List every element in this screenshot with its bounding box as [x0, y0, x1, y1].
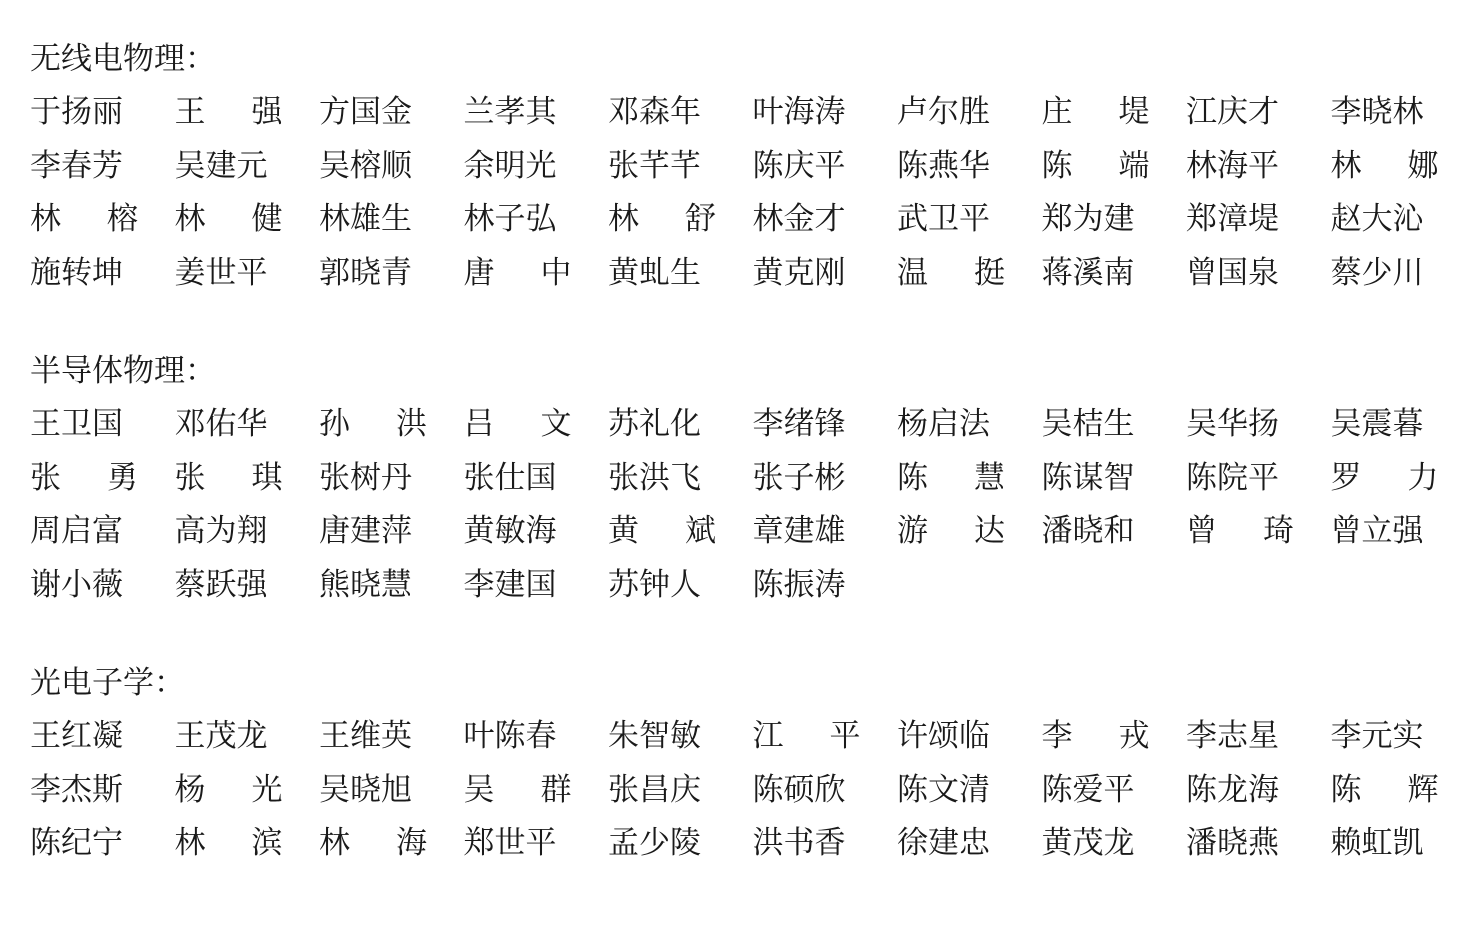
name-entry: 黄克刚 [753, 247, 861, 301]
name-entry: 吴建元 [175, 140, 283, 194]
name-entry: 张仕国 [464, 452, 572, 506]
name-entry: 孙洪 [319, 398, 427, 452]
name-entry: 李春芳 [30, 140, 138, 194]
name-entry: 王红凝 [30, 710, 138, 764]
name-entry: 王茂龙 [175, 710, 283, 764]
name-entry: 赵大沁 [1331, 193, 1439, 247]
name-entry: 谢小薇 [30, 559, 138, 613]
name-entry: 李绪锋 [753, 398, 861, 452]
name-entry: 王维英 [319, 710, 427, 764]
name-entry: 吴华扬 [1186, 398, 1294, 452]
name-entry: 林榕 [30, 193, 138, 247]
name-entry: 邓佑华 [175, 398, 283, 452]
name-entry: 陈庆平 [753, 140, 861, 194]
section-optoelectronics: 光电子学： 王红凝王茂龙王维英叶陈春朱智敏江平许颂临李戎李志星李元实李杰斯杨光吴… [30, 656, 1450, 871]
name-entry: 陈龙海 [1186, 764, 1294, 818]
name-entry: 苏礼化 [608, 398, 716, 452]
name-entry: 吴榕顺 [319, 140, 427, 194]
name-entry: 陈爱平 [1042, 764, 1150, 818]
name-entry: 吴震暮 [1331, 398, 1439, 452]
name-entry: 林海 [319, 817, 427, 871]
name-entry: 郑为建 [1042, 193, 1150, 247]
name-entry: 蒋溪南 [1042, 247, 1150, 301]
name-entry: 林舒 [608, 193, 716, 247]
name-entry: 潘晓燕 [1186, 817, 1294, 871]
name-entry: 吴桔生 [1042, 398, 1150, 452]
name-entry: 林滨 [175, 817, 283, 871]
name-entry: 邓森年 [608, 86, 716, 140]
name-entry: 唐中 [464, 247, 572, 301]
name-grid: 于扬丽王强方国金兰孝其邓森年叶海涛卢尔胜庄堤江庆才李晓林李春芳吴建元吴榕顺余明光… [30, 86, 1450, 300]
name-entry: 杨光 [175, 764, 283, 818]
name-entry: 姜世平 [175, 247, 283, 301]
name-entry: 叶海涛 [753, 86, 861, 140]
section-title: 半导体物理： [30, 344, 1450, 398]
name-list-document: 无线电物理： 于扬丽王强方国金兰孝其邓森年叶海涛卢尔胜庄堤江庆才李晓林李春芳吴建… [30, 32, 1450, 915]
name-entry: 曾国泉 [1186, 247, 1294, 301]
name-entry: 林海平 [1186, 140, 1294, 194]
name-entry: 张子彬 [753, 452, 861, 506]
name-entry: 林子弘 [464, 193, 572, 247]
name-entry: 吴晓旭 [319, 764, 427, 818]
name-entry: 李晓林 [1331, 86, 1439, 140]
name-entry: 李杰斯 [30, 764, 138, 818]
name-entry: 蔡少川 [1331, 247, 1439, 301]
name-entry: 张树丹 [319, 452, 427, 506]
name-entry: 陈硕欣 [753, 764, 861, 818]
name-entry: 孟少陵 [608, 817, 716, 871]
name-entry: 余明光 [464, 140, 572, 194]
name-entry: 庄堤 [1042, 86, 1150, 140]
name-entry: 温挺 [897, 247, 1005, 301]
name-entry: 于扬丽 [30, 86, 138, 140]
name-entry: 洪书香 [753, 817, 861, 871]
name-entry: 卢尔胜 [897, 86, 1005, 140]
name-entry: 罗力 [1331, 452, 1439, 506]
name-entry: 李元实 [1331, 710, 1439, 764]
name-entry: 张洪飞 [608, 452, 716, 506]
name-entry: 吴群 [464, 764, 572, 818]
name-entry: 陈端 [1042, 140, 1150, 194]
name-entry: 林健 [175, 193, 283, 247]
name-entry: 潘晓和 [1042, 505, 1150, 559]
name-grid: 王红凝王茂龙王维英叶陈春朱智敏江平许颂临李戎李志星李元实李杰斯杨光吴晓旭吴群张昌… [30, 710, 1450, 871]
name-entry: 游达 [897, 505, 1005, 559]
name-entry: 施转坤 [30, 247, 138, 301]
name-entry: 黄斌 [608, 505, 716, 559]
name-entry: 赖虹凯 [1331, 817, 1439, 871]
name-entry: 陈院平 [1186, 452, 1294, 506]
section-radio-physics: 无线电物理： 于扬丽王强方国金兰孝其邓森年叶海涛卢尔胜庄堤江庆才李晓林李春芳吴建… [30, 32, 1450, 300]
name-entry: 徐建忠 [897, 817, 1005, 871]
name-entry: 熊晓慧 [319, 559, 427, 613]
name-entry: 陈振涛 [753, 559, 861, 613]
name-entry: 苏钟人 [608, 559, 716, 613]
name-entry: 张勇 [30, 452, 138, 506]
name-entry: 林雄生 [319, 193, 427, 247]
name-entry: 黄虬生 [608, 247, 716, 301]
name-entry: 江庆才 [1186, 86, 1294, 140]
name-entry: 杨启法 [897, 398, 1005, 452]
name-entry: 朱智敏 [608, 710, 716, 764]
name-entry: 陈谋智 [1042, 452, 1150, 506]
name-entry: 章建雄 [753, 505, 861, 559]
name-entry: 黄茂龙 [1042, 817, 1150, 871]
name-grid: 王卫国邓佑华孙洪吕文苏礼化李绪锋杨启法吴桔生吴华扬吴震暮张勇张琪张树丹张仕国张洪… [30, 398, 1450, 612]
name-entry: 唐建萍 [319, 505, 427, 559]
name-entry: 张芊芊 [608, 140, 716, 194]
name-entry: 方国金 [319, 86, 427, 140]
name-entry: 吕文 [464, 398, 572, 452]
name-entry: 蔡跃强 [175, 559, 283, 613]
name-entry: 陈辉 [1331, 764, 1439, 818]
name-entry: 林金才 [753, 193, 861, 247]
name-entry: 黄敏海 [464, 505, 572, 559]
name-entry: 张昌庆 [608, 764, 716, 818]
name-entry: 李志星 [1186, 710, 1294, 764]
name-entry: 高为翔 [175, 505, 283, 559]
name-entry: 曾立强 [1331, 505, 1439, 559]
name-entry: 江平 [753, 710, 861, 764]
name-entry: 郑世平 [464, 817, 572, 871]
name-entry: 陈文清 [897, 764, 1005, 818]
name-entry: 曾琦 [1186, 505, 1294, 559]
name-entry: 陈慧 [897, 452, 1005, 506]
section-semiconductor-physics: 半导体物理： 王卫国邓佑华孙洪吕文苏礼化李绪锋杨启法吴桔生吴华扬吴震暮张勇张琪张… [30, 344, 1450, 612]
name-entry: 王强 [175, 86, 283, 140]
name-entry: 林娜 [1331, 140, 1439, 194]
name-entry: 武卫平 [897, 193, 1005, 247]
name-entry: 周启富 [30, 505, 138, 559]
name-entry: 陈燕华 [897, 140, 1005, 194]
section-title: 光电子学： [30, 656, 1450, 710]
name-entry: 叶陈春 [464, 710, 572, 764]
name-entry: 郭晓青 [319, 247, 427, 301]
name-entry: 兰孝其 [464, 86, 572, 140]
name-entry: 李建国 [464, 559, 572, 613]
name-entry: 张琪 [175, 452, 283, 506]
name-entry: 陈纪宁 [30, 817, 138, 871]
section-title: 无线电物理： [30, 32, 1450, 86]
name-entry: 王卫国 [30, 398, 138, 452]
name-entry: 李戎 [1042, 710, 1150, 764]
name-entry: 许颂临 [897, 710, 1005, 764]
name-entry: 郑漳堤 [1186, 193, 1294, 247]
